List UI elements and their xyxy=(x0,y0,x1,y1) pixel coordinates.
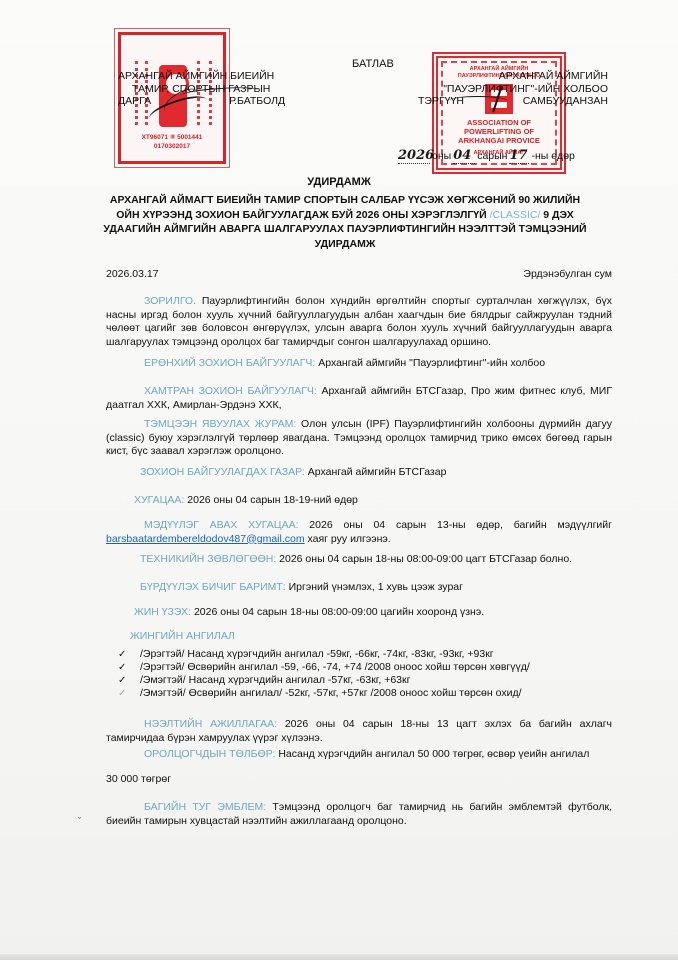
section-label: БАГИЙН ТУГ ЭМБЛЕМ: xyxy=(144,801,266,813)
seal-association-text: ASSOCIATION OF POWERLIFTING OF ARKHANGAI… xyxy=(438,118,560,145)
section-team-flag-emblem: БАГИЙН ТУГ ЭМБЛЕМ: Тэмцээнд оролцогч баг… xyxy=(106,801,612,828)
weight-class-list: ✓/Эрэгтэй/ Насанд хүрэгчдийн ангилал -59… xyxy=(118,648,530,700)
approval-date-year: 2026 xyxy=(398,148,430,164)
section-label: ЖИН ҮЗЭХ: xyxy=(134,606,191,618)
approval-date-day: 17 xyxy=(509,148,529,164)
scan-speck: ˇ xyxy=(78,816,81,826)
check-icon: ✓ xyxy=(118,661,140,674)
section-co-organizers: ХАМТРАН ЗОХИОН БАЙГУУЛАГЧ: Архангай аймг… xyxy=(106,385,612,412)
section-participation-fee: ОРОЛЦОГЧДЫН ТӨЛБӨР: Насанд хүрэгчдийн ан… xyxy=(106,748,612,762)
approval-date: 2026 оны 04 сарын 17 -ны өдөр xyxy=(398,148,575,164)
section-competition-rules: ТЭМЦЭЭН ЯВУУЛАХ ЖУРАМ: Олон улсын (IPF) … xyxy=(106,418,612,459)
section-duration: ХУГАЦАА: 2026 оны 04 сарын 18-19-ний өдө… xyxy=(106,494,612,508)
section-opening-ceremony: НЭЭЛТИЙН АЖИЛЛАГАА: 2026 оны 04 сарын 18… xyxy=(106,718,612,745)
list-item: ✓/Эрэгтэй/ Өсвөрийн ангилал -59, -66, -7… xyxy=(118,661,530,674)
section-label: БҮРДҮҮЛЭХ БИЧИГ БАРИМТ: xyxy=(140,581,286,593)
approval-heading: БАТЛАВ xyxy=(352,58,394,70)
right-approval-line-1: АРХАНГАЙ АЙМГИЙН xyxy=(418,70,608,83)
approval-date-year-suffix: оны xyxy=(432,150,451,162)
weight-class-text: /Эрэгтэй/ Насанд хүрэгчдийн ангилал -59к… xyxy=(140,648,494,661)
section-label: ЗОРИЛГО. xyxy=(144,295,196,307)
document-date: 2026.03.17 xyxy=(106,268,159,280)
section-label: МЭДҮҮЛЭГ АВАХ ХУГАЦАА: xyxy=(144,519,299,531)
weight-class-text: /Эрэгтэй/ Өсвөрийн ангилал -59, -66, -74… xyxy=(140,661,530,674)
seal-code-line-1: ХТ96071 ⑧ 5001441 xyxy=(121,133,223,142)
approval-date-month: 04 xyxy=(453,148,475,164)
section-text: 2026 оны 04 сарын 13-ны өдөр, багийн мэд… xyxy=(299,519,613,531)
seal-assoc-line-1: ASSOCIATION OF xyxy=(438,118,560,127)
document-subtitle: АРХАНГАЙ АЙМАГТ БИЕИЙН ТАМИР СПОРТЫН САЛ… xyxy=(100,193,590,251)
section-text: Архангай аймгийн "Пауэрлифтинг"-ийн холб… xyxy=(315,357,545,369)
weight-class-text: /Эмэгтэй/ Насанд хүрэгчдийн ангилал -57к… xyxy=(140,674,410,687)
section-label: ТЭМЦЭЭН ЯВУУЛАХ ЖУРАМ: xyxy=(144,418,296,430)
section-label: НЭЭЛТИЙН АЖИЛЛАГАА: xyxy=(144,718,277,730)
right-signatory-name: САМБУУДАНЗАН xyxy=(523,95,608,108)
section-text: Иргэний үнэмлэх, 1 хувь цээж зураг xyxy=(286,581,463,593)
section-label: ХУГАЦАА: xyxy=(134,494,184,506)
section-text: 2026 оны 04 сарын 18-ны 08:00-09:00 цаги… xyxy=(191,606,484,618)
section-technical-meeting: ТЕХНИКИЙН ЗӨВЛӨГӨӨН: 2026 оны 04 сарын 1… xyxy=(106,553,612,567)
page-edge xyxy=(0,954,678,960)
seal-assoc-line-2: POWERLIFTING OF xyxy=(438,127,560,136)
approval-date-day-suffix: -ны өдөр xyxy=(531,150,574,162)
left-approval-line-1: АРХАНГАЙ АЙМГИЙН БИЕИЙН xyxy=(118,70,285,83)
weight-class-text: /Эмэгтэй/ Өсвөрийн ангилал/ -52кг, -57кг… xyxy=(140,687,522,700)
document-meta: 2026.03.17 Эрдэнэбулган сум xyxy=(106,268,612,280)
section-label: ХАМТРАН ЗОХИОН БАЙГУУЛАГЧ: xyxy=(144,385,317,397)
approval-date-month-suffix: сарын xyxy=(477,150,507,162)
signature-right-stroke xyxy=(448,96,508,106)
section-text: 30 000 төгрөг xyxy=(106,773,171,785)
section-text: Архангай аймгийн БТСГазар xyxy=(305,466,447,478)
document-location: Эрдэнэбулган сум xyxy=(523,268,612,280)
section-general-organizer: ЕРӨНХИЙ ЗОХИОН БАЙГУУЛАГЧ: Архангай аймг… xyxy=(106,357,612,371)
subtitle-classic-tag: /CLASSIC/ xyxy=(490,209,541,221)
check-icon: ✓ xyxy=(118,674,140,687)
section-venue: ЗОХИОН БАЙГУУЛАГДАХ ГАЗАР: Архангай аймг… xyxy=(106,466,612,480)
section-label: ЖИНГИЙН АНГИЛАЛ xyxy=(130,630,235,642)
list-item: ✓/Эмэгтэй/ Өсвөрийн ангилал/ -52кг, -57к… xyxy=(118,687,530,700)
section-label: ОРОЛЦОГЧДЫН ТӨЛБӨР: xyxy=(144,748,275,760)
section-weigh-in: ЖИН ҮЗЭХ: 2026 оны 04 сарын 18-ны 08:00-… xyxy=(106,606,612,620)
seal-assoc-line-3: ARKHANGAI PROVICE xyxy=(438,136,560,145)
left-signatory-title: ДАРГА xyxy=(118,95,151,108)
section-required-documents: БҮРДҮҮЛЭХ БИЧИГ БАРИМТ: Иргэний үнэмлэх,… xyxy=(106,581,612,595)
section-purpose: ЗОРИЛГО. Пауэрлифтингийн болон хүндийн ө… xyxy=(106,295,612,349)
section-label: ЕРӨНХИЙ ЗОХИОН БАЙГУУЛАГЧ: xyxy=(144,357,315,369)
document-title: УДИРДАМЖ xyxy=(0,176,678,188)
section-label: ЗОХИОН БАЙГУУЛАГДАХ ГАЗАР: xyxy=(140,466,305,478)
document-page: ХТ96071 ⑧ 5001441 0170302017 АРХАНГАЙ АЙ… xyxy=(0,0,678,960)
section-participation-fee-continued: 30 000 төгрөг xyxy=(106,773,612,787)
section-registration-deadline: МЭДҮҮЛЭГ АВАХ ХУГАЦАА: 2026 оны 04 сарын… xyxy=(106,519,612,546)
list-item: ✓/Эмэгтэй/ Насанд хүрэгчдийн ангилал -57… xyxy=(118,674,530,687)
section-label: ТЕХНИКИЙН ЗӨВЛӨГӨӨН: xyxy=(140,553,276,565)
section-text: хаяг руу илгээнэ. xyxy=(305,533,391,545)
registration-email-link[interactable]: barsbaatardembereldodov487@gmail.com xyxy=(106,533,305,545)
left-signatory-name: Р.БАТБОЛД xyxy=(229,95,285,108)
list-item: ✓/Эрэгтэй/ Насанд хүрэгчдийн ангилал -59… xyxy=(118,648,530,661)
section-text: 2026 оны 04 сарын 18-ны 08:00-09:00 цагт… xyxy=(276,553,572,565)
section-text: 2026 оны 04 сарын 18-19-ний өдөр xyxy=(184,494,358,506)
section-weight-classes: ЖИНГИЙН АНГИЛАЛ xyxy=(106,630,612,644)
seal-registration-code: ХТ96071 ⑧ 5001441 0170302017 xyxy=(121,133,223,151)
check-icon: ✓ xyxy=(118,687,140,700)
seal-code-line-2: 0170302017 xyxy=(121,142,223,151)
section-text: Насанд хүрэгчдийн ангилал 50 000 төгрөг,… xyxy=(275,748,589,760)
check-icon: ✓ xyxy=(118,648,140,661)
